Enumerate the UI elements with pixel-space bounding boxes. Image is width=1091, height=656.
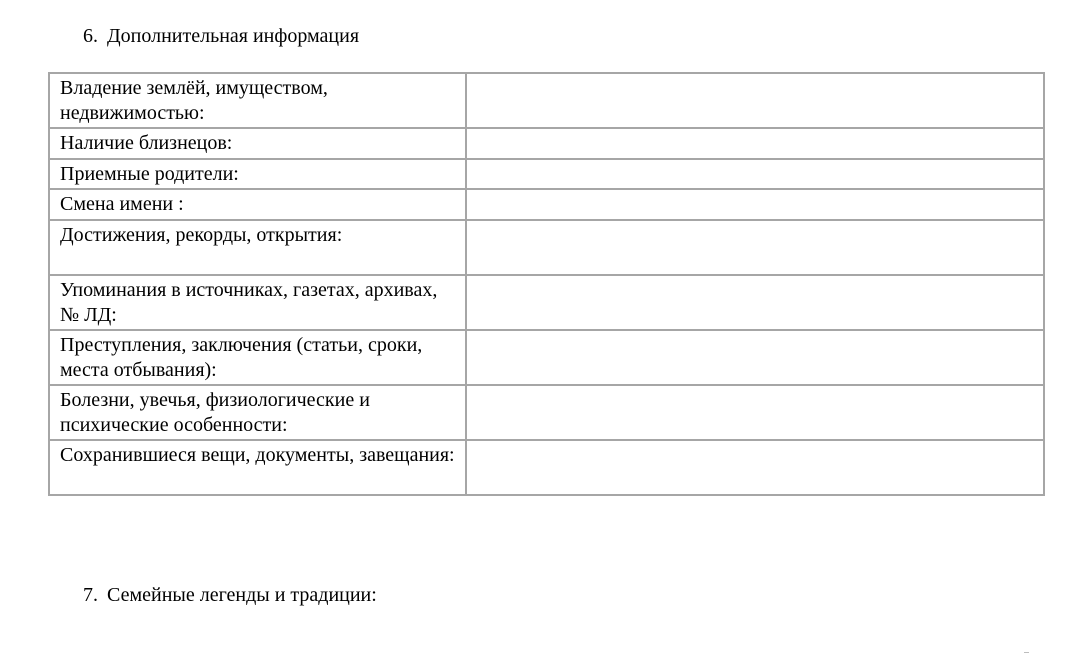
row-value-cell[interactable] bbox=[466, 73, 1044, 128]
table-row: Болезни, увечья, физиологические и психи… bbox=[49, 385, 1044, 440]
row-value-cell[interactable] bbox=[466, 330, 1044, 385]
table-row: Упоминания в источниках, газетах, архива… bbox=[49, 275, 1044, 330]
row-label: Болезни, увечья, физиологические и психи… bbox=[49, 385, 466, 440]
page-edge-mark bbox=[1024, 652, 1029, 653]
row-label: Достижения, рекорды, открытия: bbox=[49, 220, 466, 275]
section-7-number: 7. bbox=[83, 583, 107, 607]
row-value-cell[interactable] bbox=[466, 440, 1044, 495]
section-6-title: Дополнительная информация bbox=[107, 25, 359, 47]
section-6-heading: 6.Дополнительная информация bbox=[83, 24, 359, 48]
table-row: Смена имени : bbox=[49, 189, 1044, 220]
row-label: Упоминания в источниках, газетах, архива… bbox=[49, 275, 466, 330]
table-row: Приемные родители: bbox=[49, 159, 1044, 189]
row-value-cell[interactable] bbox=[466, 128, 1044, 159]
section-7-title: Семейные легенды и традиции: bbox=[107, 584, 377, 606]
section-7-heading: 7.Семейные легенды и традиции: bbox=[83, 583, 377, 607]
table-row: Наличие близнецов: bbox=[49, 128, 1044, 159]
row-label: Сохранившиеся вещи, документы, завещания… bbox=[49, 440, 466, 495]
row-value-cell[interactable] bbox=[466, 220, 1044, 275]
table-row: Владение землёй, имуществом, недвижимост… bbox=[49, 73, 1044, 128]
row-value-cell[interactable] bbox=[466, 189, 1044, 220]
table-row: Сохранившиеся вещи, документы, завещания… bbox=[49, 440, 1044, 495]
table-row: Преступления, заключения (статьи, сроки,… bbox=[49, 330, 1044, 385]
row-value-cell[interactable] bbox=[466, 385, 1044, 440]
row-label: Преступления, заключения (статьи, сроки,… bbox=[49, 330, 466, 385]
table-row: Достижения, рекорды, открытия: bbox=[49, 220, 1044, 275]
row-label: Наличие близнецов: bbox=[49, 128, 466, 159]
row-label: Смена имени : bbox=[49, 189, 466, 220]
additional-info-table: Владение землёй, имуществом, недвижимост… bbox=[48, 72, 1045, 496]
row-label: Приемные родители: bbox=[49, 159, 466, 189]
row-label: Владение землёй, имуществом, недвижимост… bbox=[49, 73, 466, 128]
row-value-cell[interactable] bbox=[466, 275, 1044, 330]
row-value-cell[interactable] bbox=[466, 159, 1044, 189]
section-6-number: 6. bbox=[83, 24, 107, 48]
